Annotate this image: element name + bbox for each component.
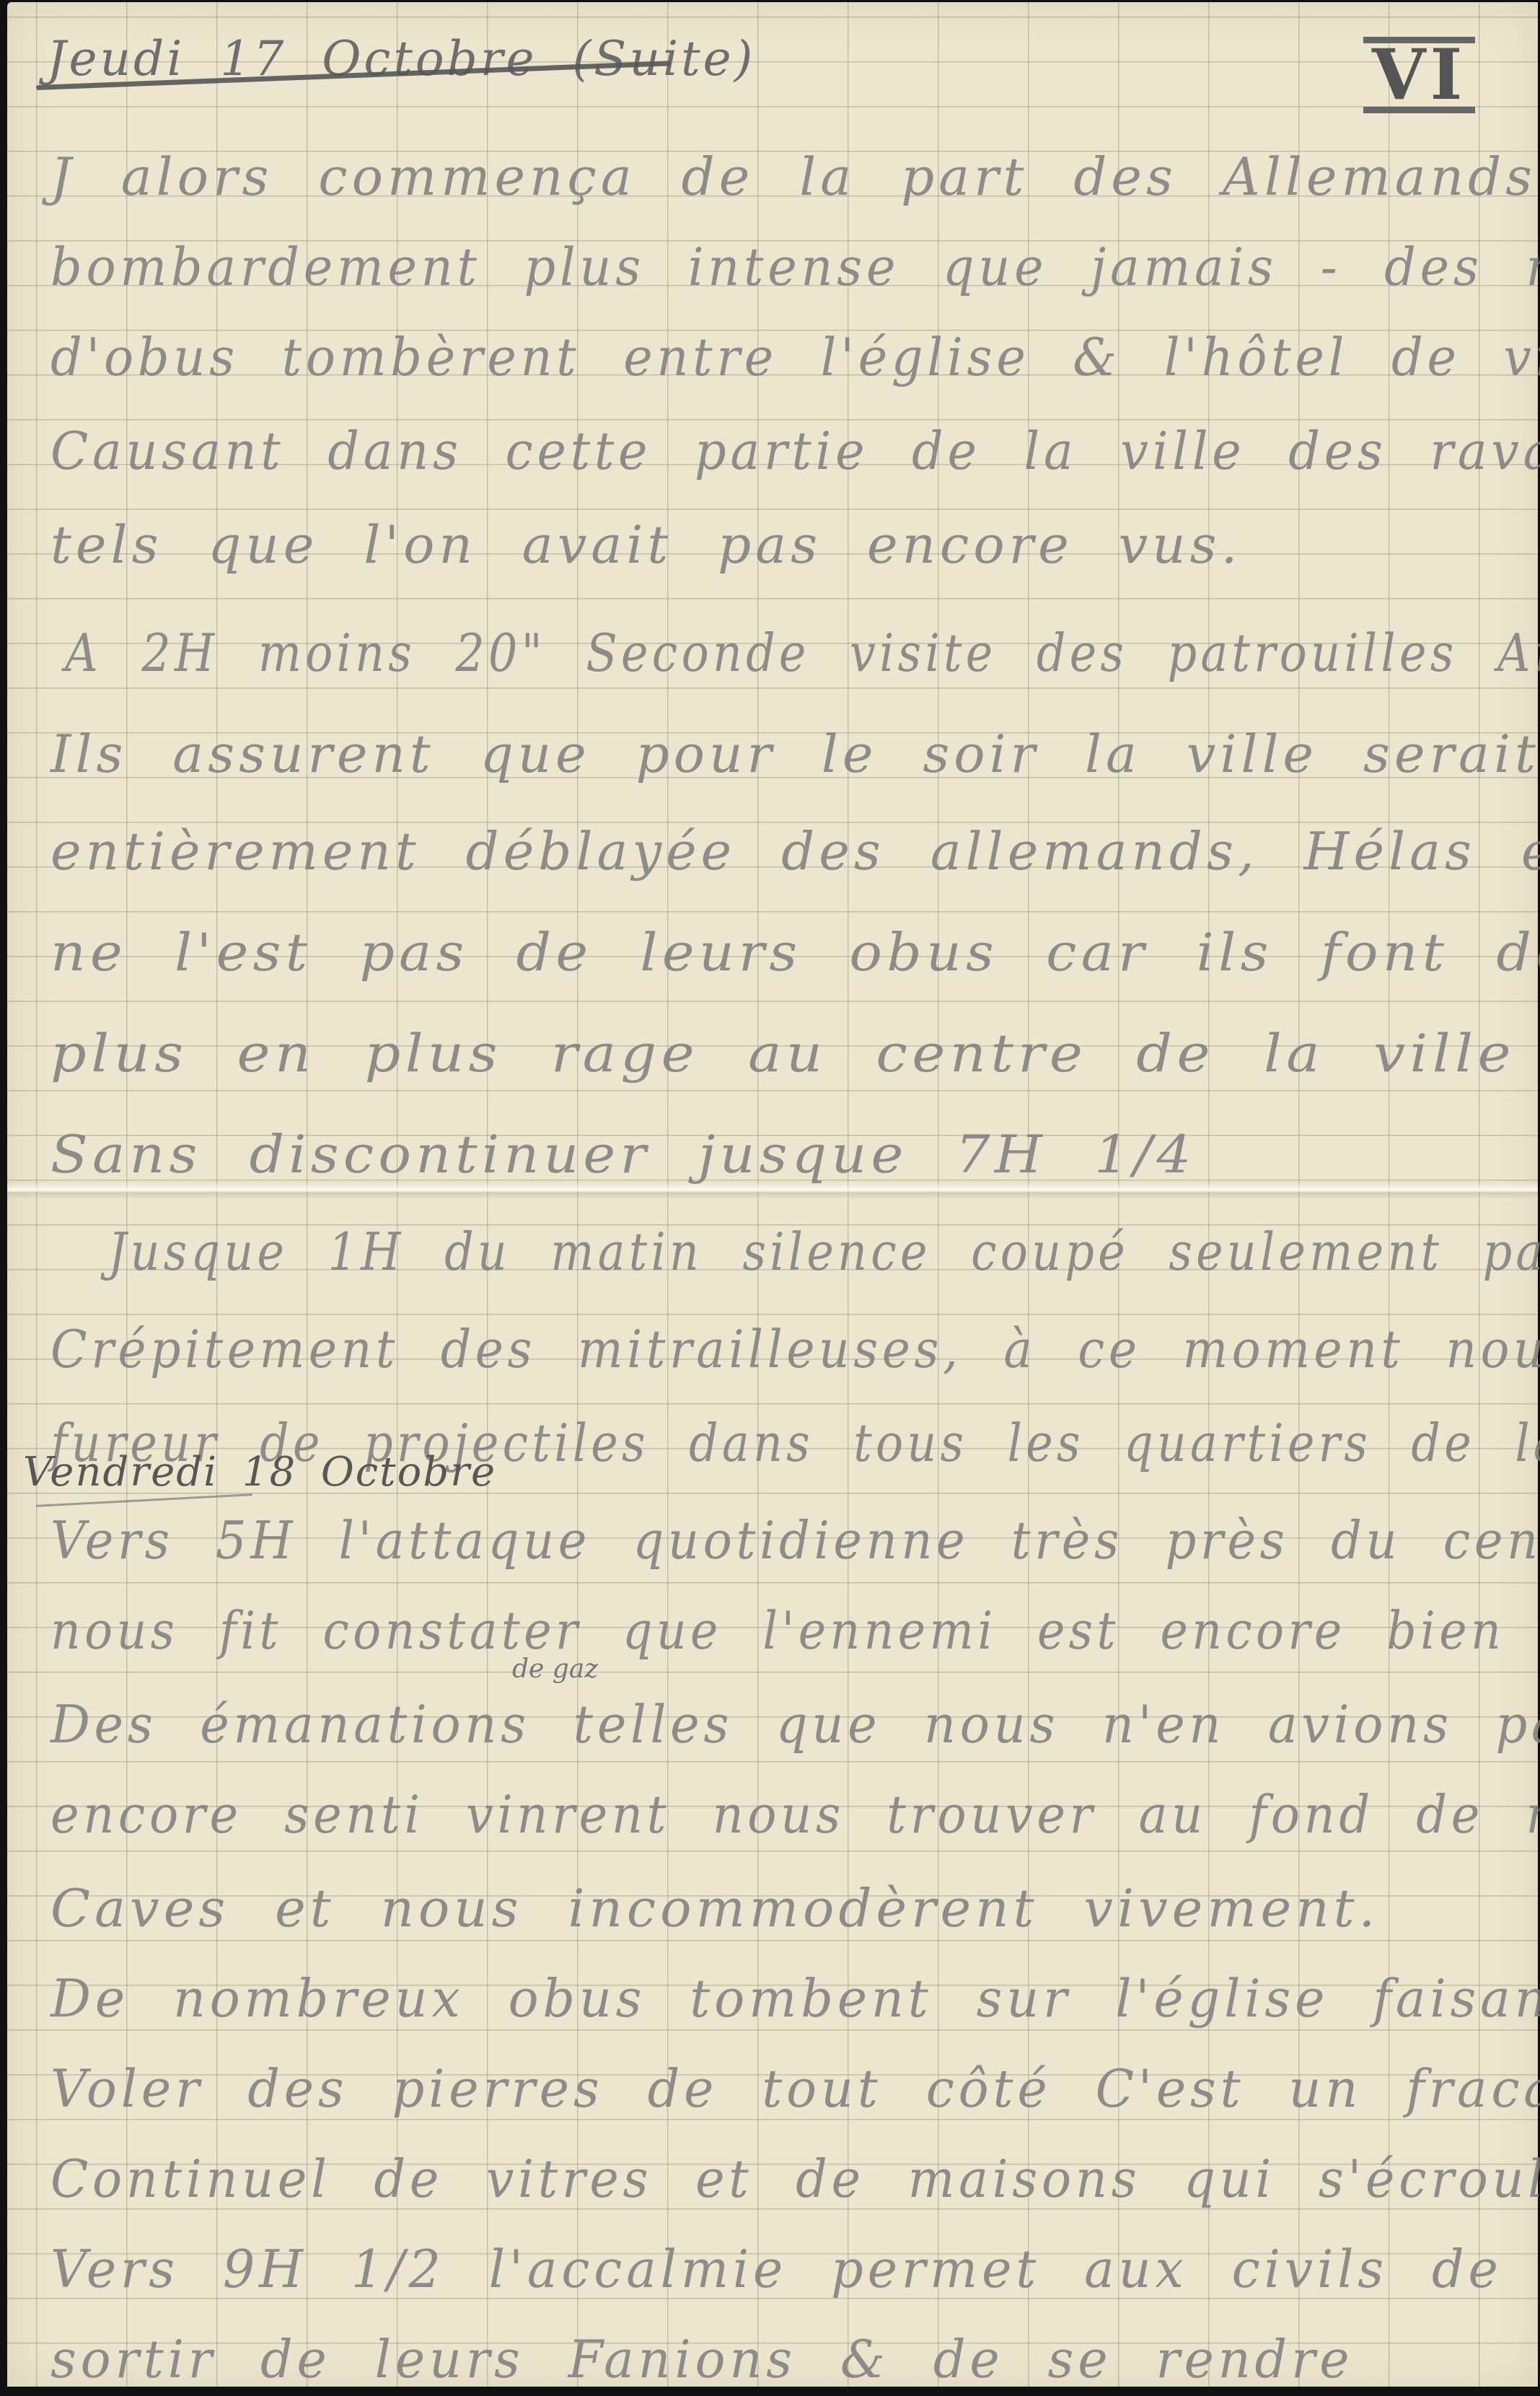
paper-fold-crease bbox=[7, 1183, 1538, 1199]
text-line: De nombreux obus tombent sur l'église fa… bbox=[50, 1968, 1540, 2029]
text-line: encore senti vinrent nous trouver au fon… bbox=[50, 1784, 1540, 1845]
text-line: ne l'est pas de leurs obus car ils font … bbox=[50, 922, 1540, 983]
text-line: entièrement déblayée des allemands, Héla… bbox=[50, 821, 1540, 882]
text-line: Jusque 1H du matin silence coupé seuleme… bbox=[108, 1221, 1540, 1282]
text-line: Causant dans cette partie de la ville de… bbox=[50, 421, 1540, 481]
text-line: sortir de leurs Fanions & de se rendre bbox=[50, 2329, 1353, 2390]
text-line: Caves et nous incommodèrent vivement. bbox=[50, 1878, 1379, 1939]
text-line: d'obus tombèrent entre l'église & l'hôte… bbox=[50, 327, 1540, 387]
text-line: Des émanations telles que nous n'en avio… bbox=[50, 1694, 1540, 1755]
text-line: Continuel de vitres et de maisons qui s'… bbox=[50, 2149, 1540, 2209]
page-heading: Jeudi 17 Octobre (Suite) bbox=[47, 31, 755, 87]
text-line: bombardement plus intense que jamais - d… bbox=[50, 237, 1540, 297]
text-line: Ils assurent que pour le soir la ville s… bbox=[50, 724, 1540, 784]
text-line: A 2H moins 20" Seconde visite des patrou… bbox=[65, 623, 1540, 683]
text-line: tels que l'on avait pas encore vus. bbox=[50, 514, 1241, 575]
interlinear-insertion: de gaz bbox=[512, 1654, 598, 1684]
text-line: J alors commença de la part des Allemand… bbox=[50, 146, 1540, 207]
text-line: plus en plus rage au centre de la ville bbox=[50, 1023, 1515, 1084]
text-line: Vers 5H l'attaque quotidienne très près … bbox=[50, 1510, 1540, 1571]
text-line: Sans discontinuer jusque 7H 1/4 bbox=[50, 1124, 1196, 1185]
margin-date-annotation: Vendredi 18 Octobre bbox=[23, 1449, 496, 1496]
page-number: VI bbox=[1363, 37, 1475, 113]
text-line: Voler des pierres de tout côté C'est un … bbox=[50, 2058, 1540, 2119]
text-line: Vers 9H 1/2 l'accalmie permet aux civils… bbox=[50, 2239, 1502, 2299]
text-line: Crépitement des mitrailleuses, à ce mome… bbox=[50, 1319, 1540, 1379]
notebook-page: Jeudi 17 Octobre (Suite) VI J alors comm… bbox=[7, 2, 1538, 2387]
text-line: nous fit constater que l'ennemi est enco… bbox=[50, 1600, 1540, 1661]
